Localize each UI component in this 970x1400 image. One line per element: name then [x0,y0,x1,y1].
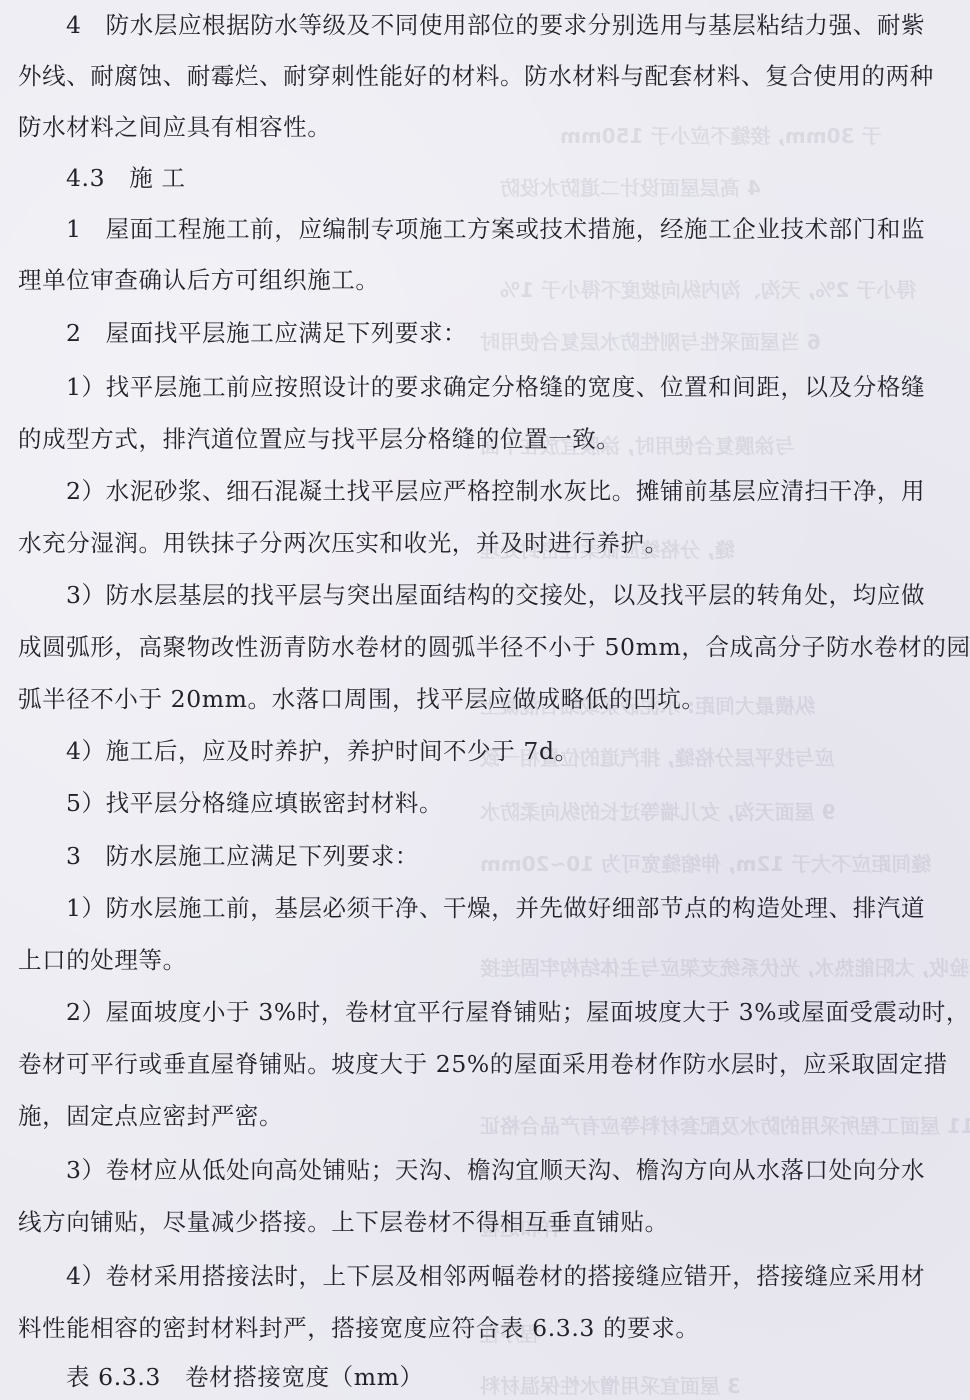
paragraph-line: 理单位审查确认后方可组织施工。 [18,265,380,295]
table-caption: 表 6.3.3 卷材搭接宽度（mm） [66,1362,424,1392]
paragraph-line: 料性能相容的密封材料封严，搭接宽度应符合表 6.3.3 的要求。 [18,1313,699,1343]
paragraph-line: 1）找平层施工前应按照设计的要求确定分格缝的宽度、位置和间距，以及分格缝 [66,372,925,402]
paragraph-line: 的成型方式，排汽道位置应与找平层分格缝的位置一致。 [18,424,621,454]
paragraph-line: 4）卷材采用搭接法时，上下层及相邻两幅卷材的搭接缝应错开，搭接缝应采用材 [66,1261,925,1291]
paragraph-line: 水充分湿润。用铁抹子分两次压实和收光，并及时进行养护。 [18,528,669,558]
paragraph-line: 2）水泥砂浆、细石混凝土找平层应严格控制水灰比。摊铺前基层应清扫干净，用 [66,476,925,506]
clause-heading: 3 防水层施工应满足下列要求： [66,841,419,871]
paragraph-line: 弧半径不小于 20mm。水落口周围，找平层应做成略低的凹坑。 [18,684,705,714]
bleed-through-text: 3 屋面宜采用憎水性保温材料 [480,1370,741,1399]
paragraph-line: 上口的处理等。 [18,945,187,975]
paragraph-line: 3）卷材应从低处向高处铺贴；天沟、檐沟宜顺天沟、檐沟方向从水落口处向分水 [66,1155,925,1185]
bleed-through-text: 4 高层屋面设计二道防水设防 [500,172,761,201]
paragraph-line: 外线、耐腐蚀、耐霉烂、耐穿刺性能好的材料。防水材料与配套材料、复合使用的两种 [18,61,934,91]
bleed-through-text: 9 屋面天沟, 女儿墙等过长的纵向柔防水 [480,796,835,825]
bleed-through-text: 缝间距应不大于 12m, 伸缩缝宽可为 10~20mm [480,848,931,877]
clause-heading: 2 屋面找平层施工应满足下列要求： [66,318,467,348]
paragraph-line: 1）防水层施工前，基层必须干净、干燥，并先做好细部节点的构造处理、排汽道 [66,893,925,923]
scanned-document-page: 于 30mm, 接缝不应小于 150mm 4 高层屋面设计二道防水设防 得小于 … [0,0,970,1400]
paragraph-line: 2）屋面坡度小于 3%时，卷材宜平行屋脊铺贴；屋面坡度大于 3%或屋面受震动时， [66,997,970,1027]
paragraph-line: 卷材可平行或垂直屋脊铺贴。坡度大于 25%的屋面采用卷材作防水层时，应采取固定措 [18,1049,948,1079]
paragraph-line: 1 屋面工程施工前，应编制专项施工方案或技术措施，经施工企业技术部门和监 [66,214,925,244]
paragraph-line: 施，固定点应密封严密。 [18,1101,283,1131]
paragraph-line: 4 防水层应根据防水等级及不同使用部位的要求分别选用与基层粘结力强、耐紫 [66,10,925,40]
paragraph-line: 4）施工后，应及时养护，养护时间不少于 7d。 [66,736,579,766]
bleed-through-text: 于 30mm, 接缝不应小于 150mm [560,120,881,149]
bleed-through-text: 11 屋面工程所采用的防水及配套材料等应有产品合格证 [480,1110,970,1139]
paragraph-line: 3）防水层基层的找平层与突出屋面结构的交接处，以及找平层的转角处，均应做 [66,580,925,610]
paragraph-line: 防水材料之间应具有相容性。 [18,112,331,142]
section-heading: 4.3 施 工 [66,163,186,193]
bleed-through-text: 同步施工, 同步验收, 太阳能热水, 光伏系统支架应与主体结构牢固连接 [480,952,970,981]
paragraph-line: 成圆弧形，高聚物改性沥青防水卷材的圆弧半径不小于 50mm，合成高分子防水卷材的… [18,632,970,662]
bleed-through-text: 6 当屋面采性与刚性防水层复合使用时 [480,326,821,355]
bleed-through-text: 得小于 2%, 天沟、沟内纵向坡度不得小于 1% [500,274,916,303]
paragraph-line: 线方向铺贴，尽量减少搭接。上下层卷材不得相互垂直铺贴。 [18,1207,669,1237]
paragraph-line: 5）找平层分格缝应填嵌密封材料。 [66,788,443,818]
